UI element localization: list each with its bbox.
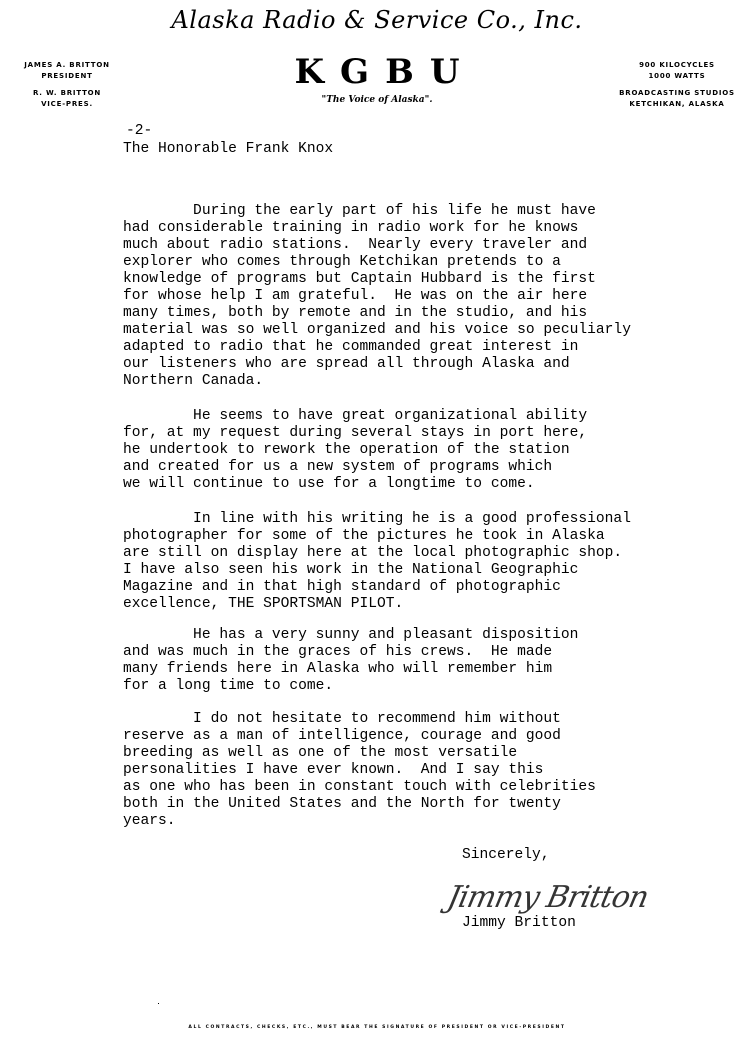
closing: Sincerely,: [462, 847, 550, 864]
letter-paragraph: During the early part of his life he mus…: [123, 203, 733, 390]
handwritten-signature: Jimmy Britton: [444, 880, 651, 915]
studio-label: BROADCASTING STUDIOS: [612, 88, 742, 99]
letter-paragraph: In line with his writing he is a good pr…: [123, 511, 733, 613]
scan-speck: [158, 1003, 159, 1004]
studio-location: KETCHIKAN, ALASKA: [612, 99, 742, 110]
letter-paragraph: I do not hesitate to recommend him witho…: [123, 711, 733, 830]
company-name: Alaska Radio & Service Co., Inc.: [0, 6, 754, 34]
page-number: -2-: [126, 123, 152, 140]
letterhead-footer-notice: ALL CONTRACTS, CHECKS, ETC., MUST BEAR T…: [0, 1025, 754, 1030]
typed-signatory-name: Jimmy Britton: [462, 915, 576, 932]
station-info-block: 900 KILOCYCLES 1000 WATTS BROADCASTING S…: [612, 60, 742, 110]
addressee: The Honorable Frank Knox: [123, 141, 333, 158]
letter-paragraph: He has a very sunny and pleasant disposi…: [123, 627, 733, 695]
letter-paragraph: He seems to have great organizational ab…: [123, 408, 733, 493]
station-frequency: 900 KILOCYCLES: [612, 60, 742, 71]
station-power: 1000 WATTS: [612, 71, 742, 82]
